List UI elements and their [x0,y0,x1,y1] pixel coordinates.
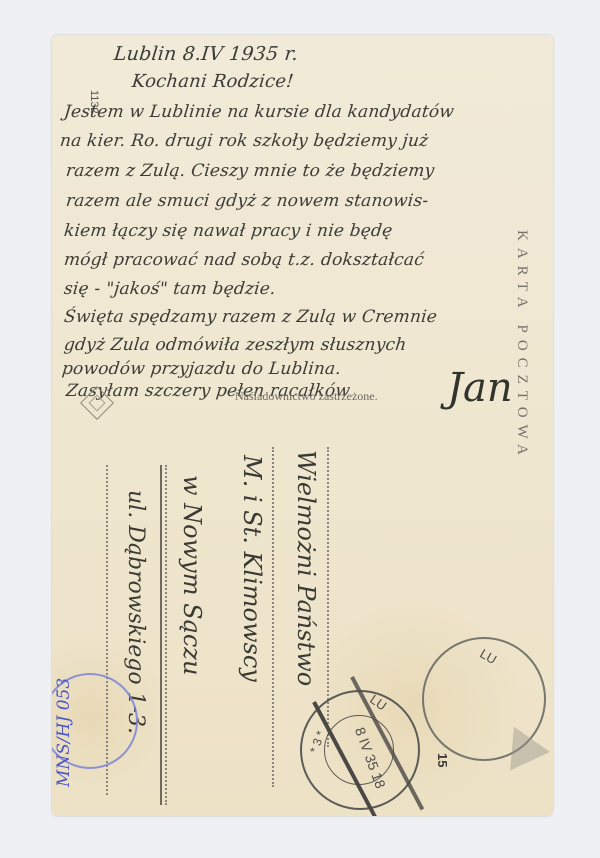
address-dotted-line [272,447,274,787]
copyright-notice: Naśladownictwo zastrzeżone. [235,389,378,404]
letter-line: powodów przyjazdu do Lublina. [61,359,342,379]
letter-line: kiem łączy się nawał pracy i nie będę [63,221,394,241]
address-dotted-line [165,465,167,805]
place-date: Lublin 8.IV 1935 r. [113,43,299,65]
letter-line: Jestem w Lublinie na kursie dla kandydat… [63,102,455,122]
address-recipient: M. i St. Klimowscy [238,455,266,682]
letter-line: na kier. Ro. drugi rok szkoły będziemy j… [59,131,429,151]
letter-line: się - "jakoś" tam będzie. [63,279,277,299]
address-salutation: Wielmożni Państwo [292,450,320,686]
letter-line: Święta spędzamy razem z Zulą w Cremnie [63,307,438,327]
postcard-title: KARTA POCZTOWA [513,230,530,462]
archive-inventory-number: MNS/HJ 053 [54,678,74,787]
letter-line: razem ale smuci gdyż z nowem stanowis- [65,191,429,211]
letter-line: razem z Zulą. Cieszy mnie to że będziemy [65,161,435,181]
letter-line: mógł pracować nad sobą t.z. dokształcać [63,250,425,270]
value-mark: 15 [435,753,450,767]
letter-line: gdyż Zula odmówiła zeszłym słusznych [63,335,408,355]
postcard: 1132 Lublin 8.IV 1935 r. Kochani Rodzice… [52,35,553,816]
greeting: Kochani Rodzice! [131,71,295,92]
address-rule-line [160,465,162,805]
address-city: w Nowym Sączu [178,475,206,675]
signature: Jan [447,365,513,411]
